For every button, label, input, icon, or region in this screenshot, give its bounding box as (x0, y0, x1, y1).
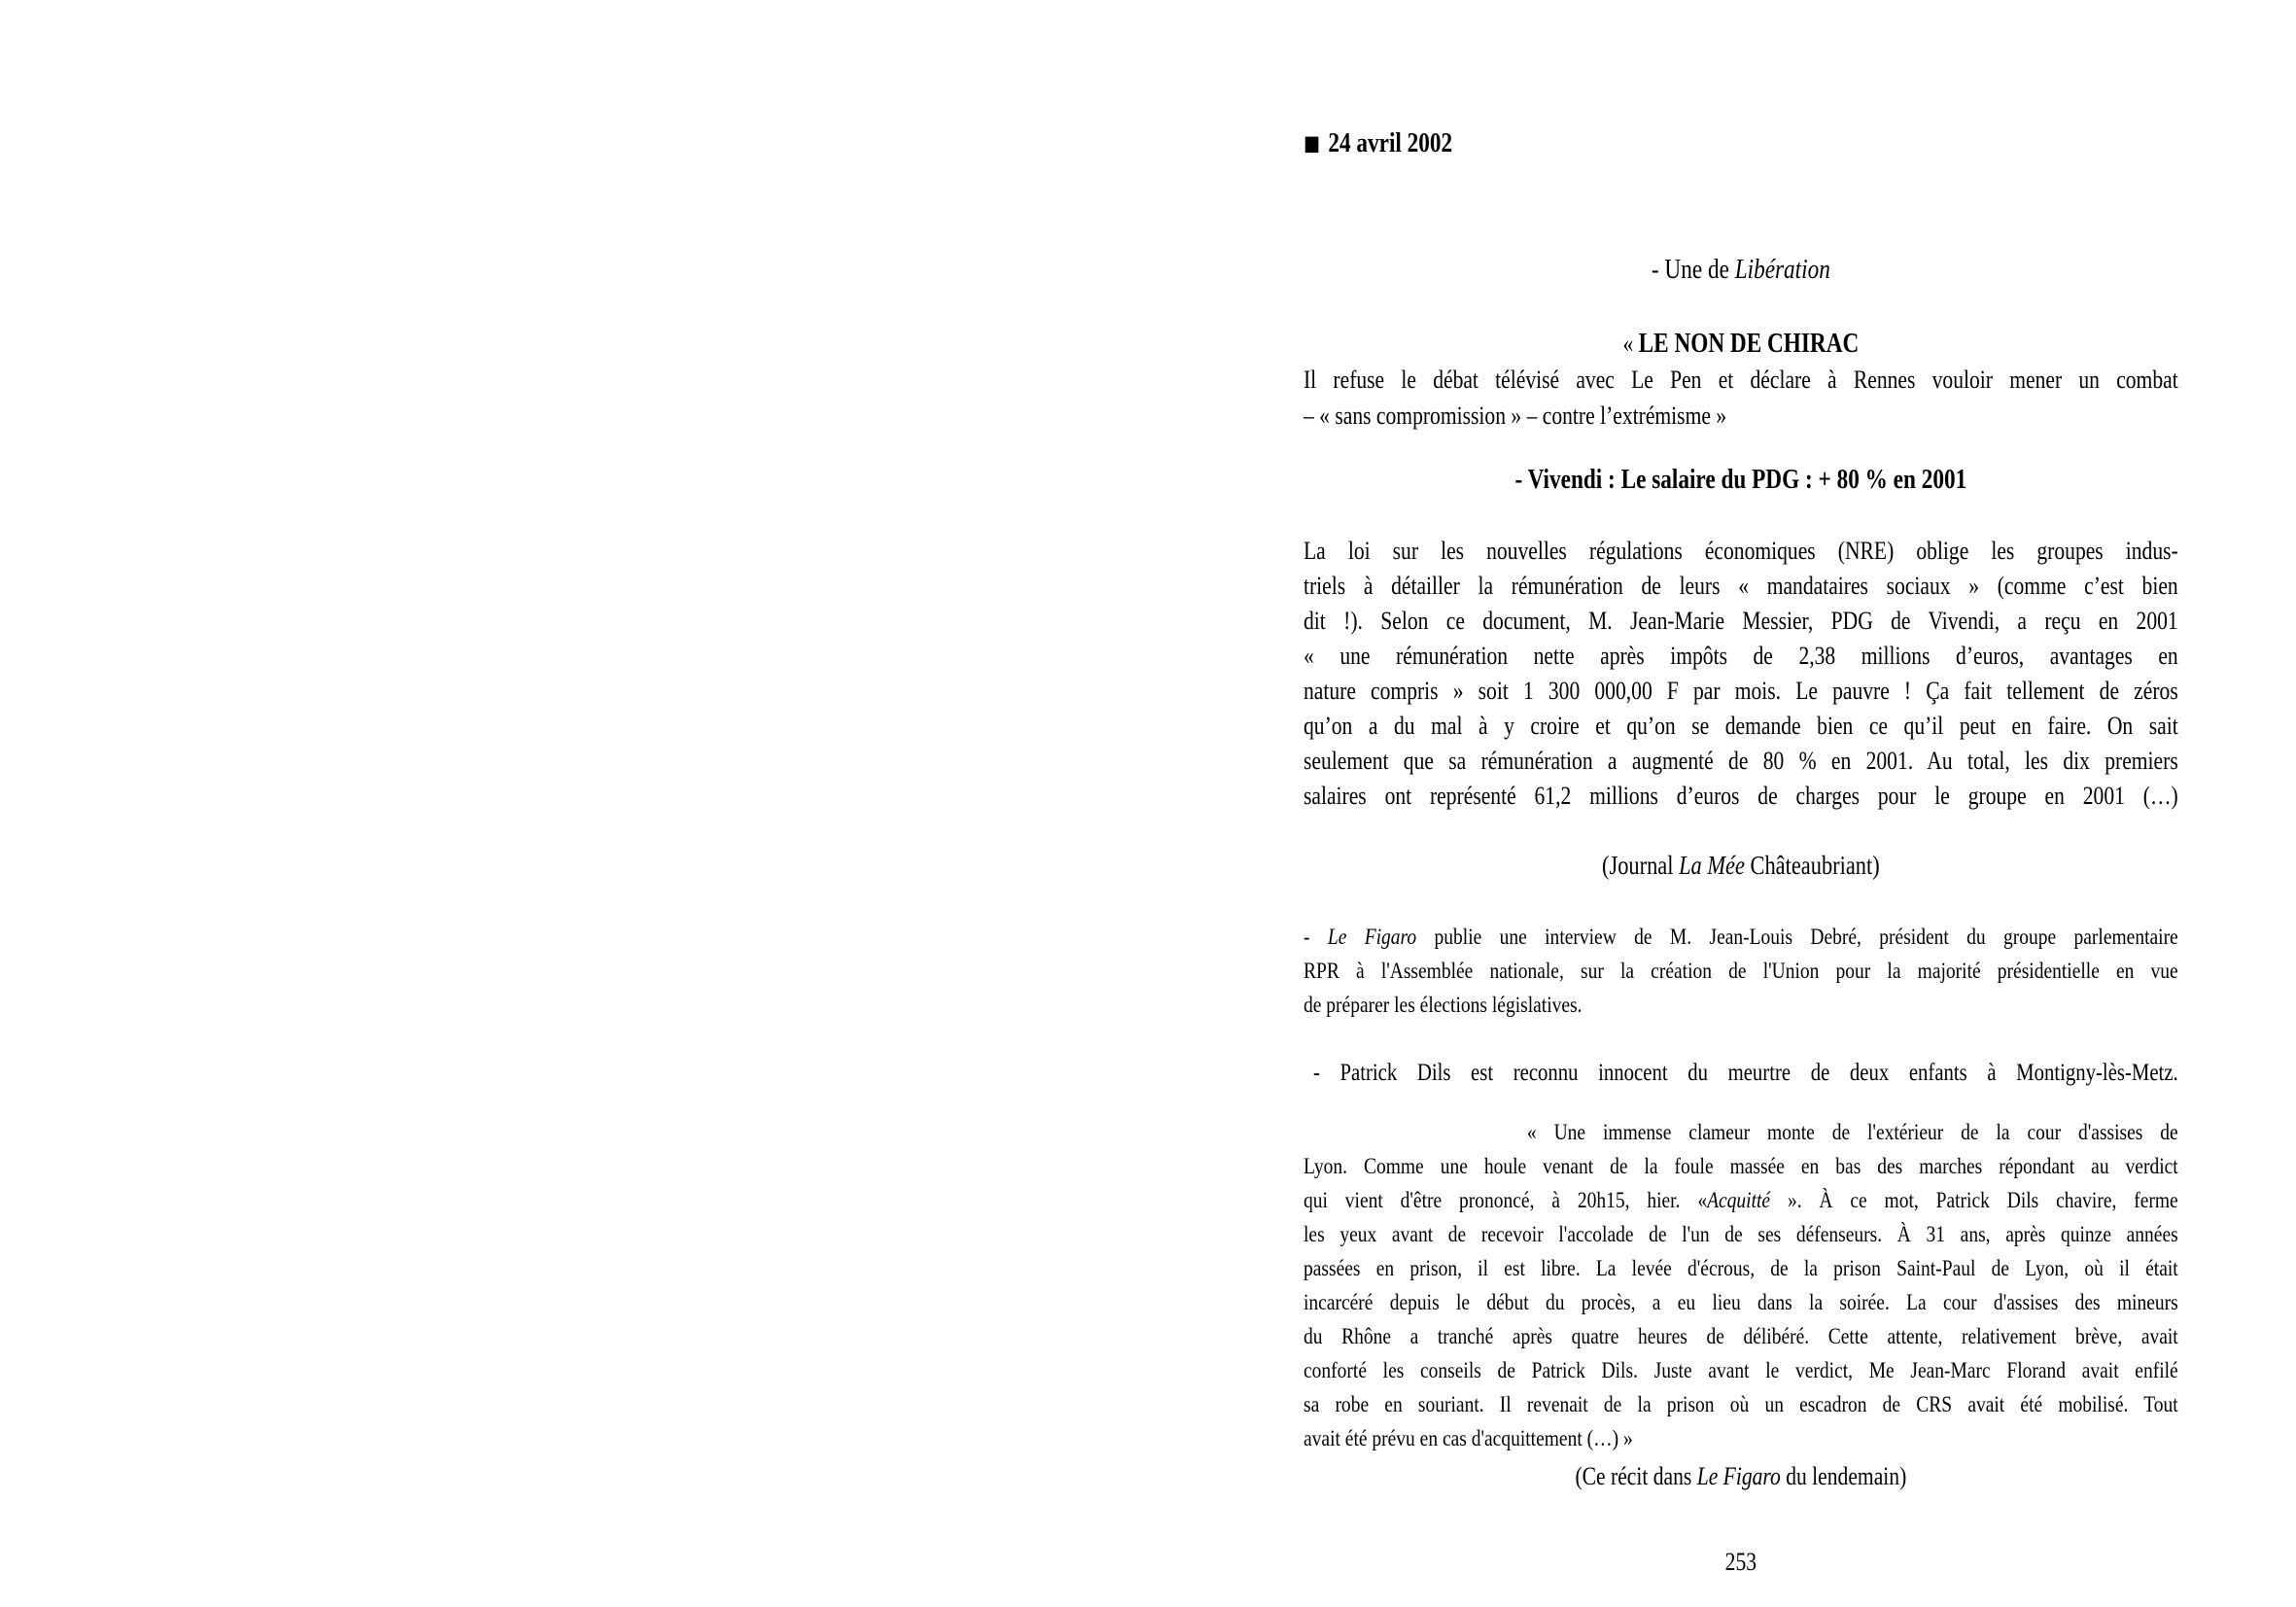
text-line: du Rhône a tranché après quatre heures d… (1304, 1320, 2178, 1354)
text-line: - Vivendi : Le salaire du PDG : + 80 % e… (1304, 463, 2178, 498)
text-run: Il refuse le débat télévisé avec Le Pen … (1304, 366, 2178, 394)
kicker-une-de: - Une de Libération (1304, 253, 2178, 288)
text-line: - Le Figaro publie une interview de M. J… (1304, 921, 2178, 955)
text-line: salaires ont représenté 61,2 millions d’… (1304, 779, 2178, 814)
text-line: La loi sur les nouvelles régulations éco… (1304, 534, 2178, 569)
text-run: dit !). Selon ce document, M. Jean-Marie… (1304, 607, 2178, 635)
text-line: nature compris » soit 1 300 000,00 F par… (1304, 674, 2178, 709)
document-page: ■24 avril 2002 - Une de Libération « LE … (0, 0, 2296, 1607)
text-line: passées en prison, il est libre. La levé… (1304, 1252, 2178, 1286)
text-run: RPR à l'Assemblée nationale, sur la créa… (1304, 959, 2178, 984)
text-line: « Une immense clameur monte de l'extérie… (1304, 1116, 2178, 1150)
paragraph-vivendi-nre: La loi sur les nouvelles régulations éco… (1304, 534, 2178, 814)
text-line: dit !). Selon ce document, M. Jean-Marie… (1304, 604, 2178, 639)
text-line: « LE NON DE CHIRAC (1304, 326, 2178, 362)
text-run: Lyon. Comme une houle venant de la foule… (1304, 1154, 2178, 1179)
text-run: nature compris » soit 1 300 000,00 F par… (1304, 677, 2178, 705)
text-line: Lyon. Comme une houle venant de la foule… (1304, 1150, 2178, 1184)
text-run: triels à détailler la rémunération de le… (1304, 572, 2178, 600)
text-run: de préparer les élections législatives. (1304, 993, 1583, 1018)
text-line: – « sans compromission » – contre l’extr… (1304, 398, 2178, 434)
date-header-text: 24 avril 2002 (1328, 128, 1452, 158)
text-line: qui vient d'être prononcé, à 20h15, hier… (1304, 1184, 2178, 1218)
text-run: avait été prévu en cas d'acquittement (…… (1304, 1426, 1633, 1451)
text-run: sa robe en souriant. Il revenait de la p… (1304, 1392, 2178, 1417)
text-line: de préparer les élections législatives. (1304, 989, 2178, 1023)
text-line: avait été prévu en cas d'acquittement (…… (1304, 1422, 2178, 1456)
text-run: « Une immense clameur monte de l'extérie… (1527, 1120, 2178, 1145)
text-line: - Patrick Dils est reconnu innocent du m… (1304, 1056, 2178, 1091)
text-run: - Une de (1652, 255, 1735, 285)
text-run: conforté les conseils de Patrick Dils. J… (1304, 1358, 2178, 1383)
text-line: triels à détailler la rémunération de le… (1304, 569, 2178, 604)
text-run: (Ce récit dans (1575, 1462, 1696, 1490)
text-line: incarcéré depuis le début du procès, a e… (1304, 1286, 2178, 1320)
text-run: qui vient d'être prononcé, à 20h15, hier… (1304, 1188, 1707, 1213)
text-line: Il refuse le débat télévisé avec Le Pen … (1304, 362, 2178, 398)
headline-le-non-de-chirac: « LE NON DE CHIRACIl refuse le débat tél… (1304, 326, 2178, 434)
text-run: du lendemain) (1781, 1462, 1906, 1490)
text-run: du Rhône a tranché après quatre heures d… (1304, 1324, 2178, 1349)
text-run: passées en prison, il est libre. La levé… (1304, 1256, 2178, 1281)
text-run: seulement que sa rémunération a augmenté… (1304, 747, 2178, 775)
text-run: ». À ce mot, Patrick Dils chavire, ferme (1770, 1188, 2178, 1213)
text-run: les yeux avant de recevoir l'accolade de… (1304, 1222, 2178, 1247)
date-header: ■24 avril 2002 (1304, 126, 2178, 162)
text-run: « une rémunération nette après impôts de… (1304, 642, 2178, 670)
text-run: Libération (1735, 255, 1830, 285)
text-line: seulement que sa rémunération a augmenté… (1304, 744, 2178, 779)
page-number: 253 (1304, 1545, 2178, 1580)
line-patrick-dils: - Patrick Dils est reconnu innocent du m… (1304, 1056, 2178, 1091)
text-line: les yeux avant de recevoir l'accolade de… (1304, 1218, 2178, 1252)
text-line: (Journal La Mée Châteaubriant) (1304, 848, 2178, 883)
subhead-vivendi-salaire: - Vivendi : Le salaire du PDG : + 80 % e… (1304, 463, 2178, 498)
paragraph-figaro-interview: - Le Figaro publie une interview de M. J… (1304, 921, 2178, 1023)
text-run: incarcéré depuis le début du procès, a e… (1304, 1290, 2178, 1315)
text-line: (Ce récit dans Le Figaro du lendemain) (1304, 1459, 2178, 1494)
paragraph-dils-acquittal-quote: « Une immense clameur monte de l'extérie… (1304, 1116, 2178, 1456)
credit-le-figaro-lendemain: (Ce récit dans Le Figaro du lendemain) (1304, 1459, 2178, 1494)
text-run: Le Figaro (1328, 925, 1416, 950)
text-line: RPR à l'Assemblée nationale, sur la créa… (1304, 955, 2178, 989)
text-run: – « sans compromission » – contre l’extr… (1304, 402, 1726, 430)
text-run: - (1304, 925, 1328, 950)
text-line: - Une de Libération (1304, 253, 2178, 288)
black-square-icon: ■ (1304, 126, 1320, 162)
text-line: « une rémunération nette après impôts de… (1304, 639, 2178, 674)
text-run: Le Figaro (1697, 1462, 1781, 1490)
credit-journal-la-mee: (Journal La Mée Châteaubriant) (1304, 848, 2178, 883)
text-run: LE NON DE CHIRAC (1639, 329, 1860, 359)
text-line: qu’on a du mal à y croire et qu’on se de… (1304, 709, 2178, 744)
text-run: « (1622, 330, 1638, 358)
text-run: (Journal (1602, 851, 1679, 880)
text-run: - Patrick Dils est reconnu innocent du m… (1313, 1060, 2178, 1086)
text-run: qu’on a du mal à y croire et qu’on se de… (1304, 712, 2178, 740)
text-run: - Vivendi : Le salaire du PDG : + 80 % e… (1514, 465, 1966, 495)
text-run: Acquitté (1707, 1188, 1770, 1213)
text-line: conforté les conseils de Patrick Dils. J… (1304, 1354, 2178, 1388)
text-run: publie une interview de M. Jean-Louis De… (1416, 925, 2178, 950)
text-run: Châteaubriant) (1745, 851, 1880, 880)
text-line: sa robe en souriant. Il revenait de la p… (1304, 1388, 2178, 1422)
text-run: La Mée (1679, 851, 1745, 880)
text-run: salaires ont représenté 61,2 millions d’… (1304, 782, 2178, 810)
text-run: La loi sur les nouvelles régulations éco… (1304, 537, 2178, 565)
